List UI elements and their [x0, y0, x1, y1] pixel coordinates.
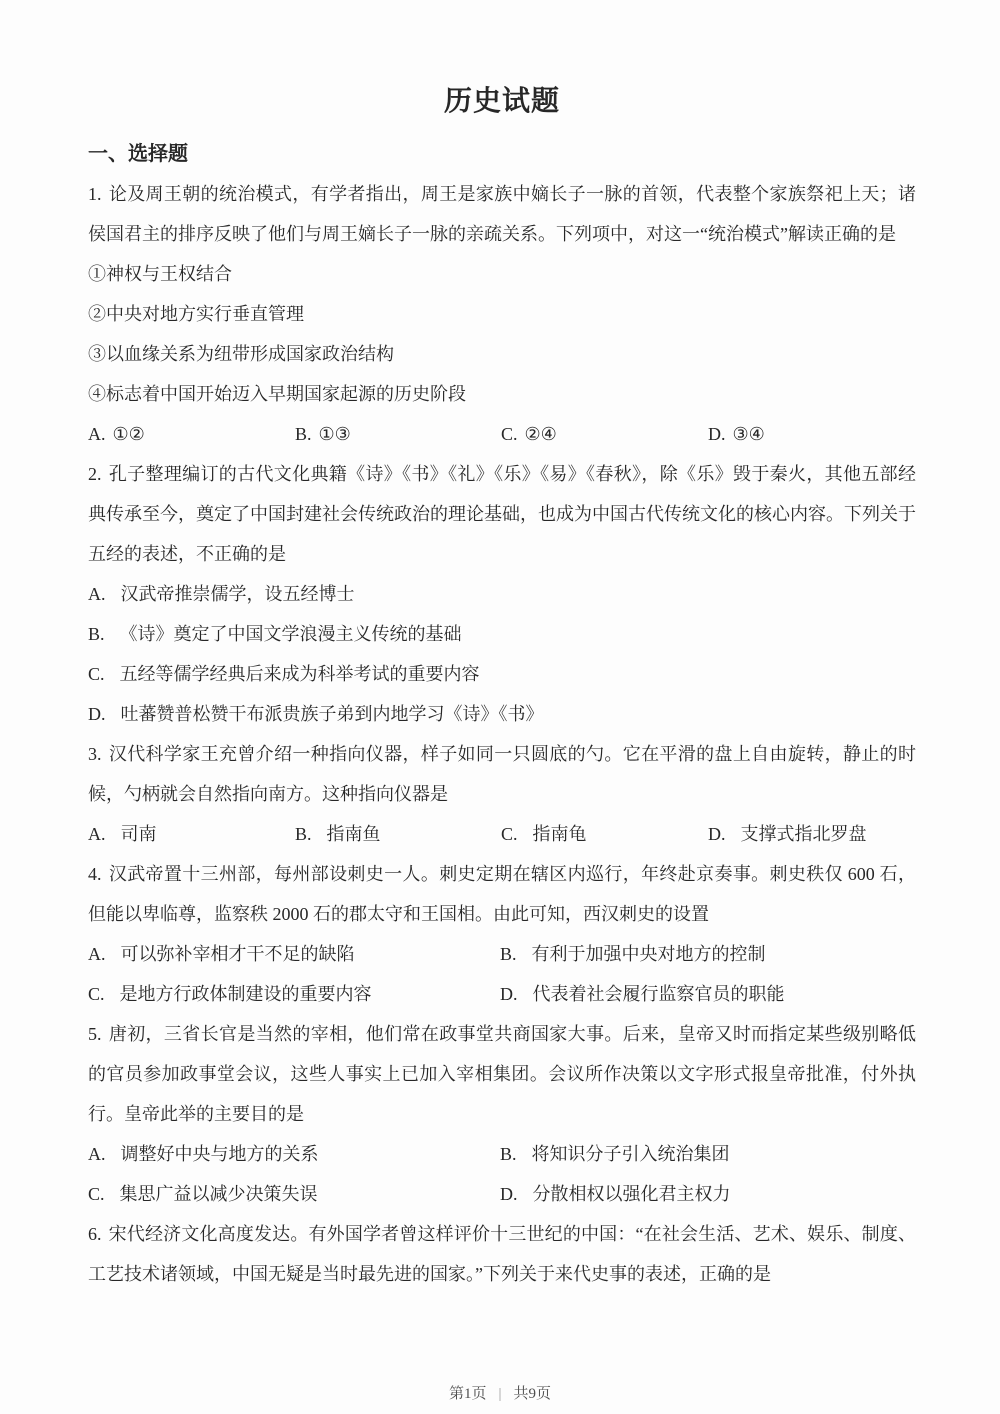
option-b: B.①③	[295, 414, 501, 454]
question-5: 5.唐初，三省长官是当然的宰相，他们常在政事堂共商国家大事。后来，皇帝又时而指定…	[88, 1014, 916, 1214]
question-4: 4.汉武帝置十三州部，每州部设刺史一人。刺史定期在辖区内巡行，年终赴京奏事。刺史…	[88, 854, 916, 1014]
option-b: B.指南鱼	[295, 814, 501, 854]
option-a: A.可以弥补宰相才干不足的缺陷	[88, 934, 500, 974]
option-label: B.	[295, 824, 312, 844]
question-number: 3.	[88, 744, 102, 764]
question-stem: 2.孔子整理编订的古代文化典籍《诗》《书》《礼》《乐》《易》《春秋》，除《乐》毁…	[88, 454, 916, 574]
option-label: A.	[88, 824, 106, 844]
question-stem: 5.唐初，三省长官是当然的宰相，他们常在政事堂共商国家大事。后来，皇帝又时而指定…	[88, 1014, 916, 1134]
section-heading: 一、选择题	[88, 134, 916, 174]
question-3: 3.汉代科学家王充曾介绍一种指向仪器，样子如同一只圆底的勺。它在平滑的盘上自由旋…	[88, 734, 916, 854]
option-text: ③④	[733, 424, 765, 444]
question-number: 2.	[88, 464, 102, 484]
option-text: 调整好中央与地方的关系	[121, 1144, 319, 1164]
option-text: ②④	[525, 424, 557, 444]
option-c: C.是地方行政体制建设的重要内容	[88, 974, 500, 1014]
option-text: ①②	[113, 424, 145, 444]
sub-item-4: ④标志着中国开始迈入早期国家起源的历史阶段	[88, 374, 916, 414]
question-stem: 4.汉武帝置十三州部，每州部设刺史一人。刺史定期在辖区内巡行，年终赴京奏事。刺史…	[88, 854, 916, 934]
question-number: 4.	[88, 864, 102, 884]
page-footer: 第1页|共9页	[0, 1383, 1000, 1405]
option-d: D.③④	[708, 414, 916, 454]
option-text: 将知识分子引入统治集团	[532, 1144, 730, 1164]
question-stem-text: 唐初，三省长官是当然的宰相，他们常在政事堂共商国家大事。后来，皇帝又时而指定某些…	[88, 1024, 916, 1124]
option-label: A.	[88, 1144, 106, 1164]
page-content: 历史试题 一、选择题 1.论及周王朝的统治模式，有学者指出，周王是家族中嫡长子一…	[88, 80, 916, 1294]
question-stem-text: 汉武帝置十三州部，每州部设刺史一人。刺史定期在辖区内巡行，年终赴京奏事。刺史秩仅…	[88, 864, 916, 924]
question-stem-text: 孔子整理编订的古代文化典籍《诗》《书》《礼》《乐》《易》《春秋》，除《乐》毁于秦…	[88, 464, 916, 564]
option-c: C.集思广益以减少决策失误	[88, 1174, 500, 1214]
option-c: C.②④	[501, 414, 708, 454]
question-6: 6.宋代经济文化高度发达。有外国学者曾这样评价十三世纪的中国：“在社会生活、艺术…	[88, 1214, 916, 1294]
options-row: A.司南 B.指南鱼 C.指南龟 D.支撑式指北罗盘	[88, 814, 916, 854]
option-d: D.代表着社会履行监察官员的职能	[500, 974, 916, 1014]
option-d: D.分散相权以强化君主权力	[500, 1174, 916, 1214]
option-label: D.	[708, 824, 726, 844]
question-2: 2.孔子整理编订的古代文化典籍《诗》《书》《礼》《乐》《易》《春秋》，除《乐》毁…	[88, 454, 916, 734]
option-label: C.	[88, 664, 105, 684]
option-label: C.	[501, 424, 518, 444]
option-text: 是地方行政体制建设的重要内容	[120, 984, 372, 1004]
sub-item-2: ②中央对地方实行垂直管理	[88, 294, 916, 334]
page-title: 历史试题	[88, 80, 916, 124]
question-stem-text: 宋代经济文化高度发达。有外国学者曾这样评价十三世纪的中国：“在社会生活、艺术、娱…	[88, 1224, 916, 1284]
page-number-total: 共9页	[514, 1386, 552, 1402]
question-stem: 3.汉代科学家王充曾介绍一种指向仪器，样子如同一只圆底的勺。它在平滑的盘上自由旋…	[88, 734, 916, 814]
option-b: B.《诗》奠定了中国文学浪漫主义传统的基础	[88, 614, 916, 654]
option-c: C.指南龟	[501, 814, 708, 854]
option-text: 指南鱼	[327, 824, 381, 844]
option-label: C.	[501, 824, 518, 844]
option-label: B.	[88, 624, 105, 644]
option-d: D.支撑式指北罗盘	[708, 814, 916, 854]
sub-item-3: ③以血缘关系为纽带形成国家政治结构	[88, 334, 916, 374]
option-text: 指南龟	[533, 824, 587, 844]
option-text: 有利于加强中央对地方的控制	[532, 944, 766, 964]
option-a: A.调整好中央与地方的关系	[88, 1134, 500, 1174]
option-text: ①③	[319, 424, 351, 444]
question-stem-text: 论及周王朝的统治模式，有学者指出，周王是家族中嫡长子一脉的首领，代表整个家族祭祀…	[88, 184, 916, 244]
sub-item-1: ①神权与王权结合	[88, 254, 916, 294]
option-text: 可以弥补宰相才干不足的缺陷	[121, 944, 355, 964]
option-c: C.五经等儒学经典后来成为科举考试的重要内容	[88, 654, 916, 694]
option-label: B.	[500, 1144, 517, 1164]
option-label: A.	[88, 944, 106, 964]
option-text: 支撑式指北罗盘	[741, 824, 867, 844]
option-text: 司南	[121, 824, 157, 844]
question-number: 1.	[88, 184, 102, 204]
options-grid: A.调整好中央与地方的关系 B.将知识分子引入统治集团 C.集思广益以减少决策失…	[88, 1134, 916, 1214]
question-stem: 6.宋代经济文化高度发达。有外国学者曾这样评价十三世纪的中国：“在社会生活、艺术…	[88, 1214, 916, 1294]
options-list: A.汉武帝推崇儒学，设五经博士 B.《诗》奠定了中国文学浪漫主义传统的基础 C.…	[88, 574, 916, 734]
question-1: 1.论及周王朝的统治模式，有学者指出，周王是家族中嫡长子一脉的首领，代表整个家族…	[88, 174, 916, 454]
option-text: 吐蕃赞普松赞干布派贵族子弟到内地学习《诗》《书》	[121, 704, 544, 724]
option-a: A.①②	[88, 414, 295, 454]
option-a: A.司南	[88, 814, 295, 854]
option-label: C.	[88, 984, 105, 1004]
question-stem: 1.论及周王朝的统治模式，有学者指出，周王是家族中嫡长子一脉的首领，代表整个家族…	[88, 174, 916, 254]
option-label: D.	[500, 984, 518, 1004]
option-label: C.	[88, 1184, 105, 1204]
option-label: D.	[500, 1184, 518, 1204]
option-text: 《诗》奠定了中国文学浪漫主义传统的基础	[120, 624, 462, 644]
question-number: 6.	[88, 1224, 102, 1244]
option-label: B.	[295, 424, 312, 444]
options-row: A.①② B.①③ C.②④ D.③④	[88, 414, 916, 454]
option-label: A.	[88, 424, 106, 444]
option-text: 分散相权以强化君主权力	[533, 1184, 731, 1204]
option-a: A.汉武帝推崇儒学，设五经博士	[88, 574, 916, 614]
question-stem-text: 汉代科学家王充曾介绍一种指向仪器，样子如同一只圆底的勺。它在平滑的盘上自由旋转，…	[88, 744, 916, 804]
option-text: 汉武帝推崇儒学，设五经博士	[121, 584, 355, 604]
option-text: 集思广益以减少决策失误	[120, 1184, 318, 1204]
options-grid: A.可以弥补宰相才干不足的缺陷 B.有利于加强中央对地方的控制 C.是地方行政体…	[88, 934, 916, 1014]
option-label: A.	[88, 584, 106, 604]
page-number-divider: |	[498, 1386, 501, 1402]
option-text: 五经等儒学经典后来成为科举考试的重要内容	[120, 664, 480, 684]
option-label: B.	[500, 944, 517, 964]
page-number-current: 第1页	[449, 1386, 487, 1402]
option-b: B.将知识分子引入统治集团	[500, 1134, 916, 1174]
option-label: D.	[708, 424, 726, 444]
option-label: D.	[88, 704, 106, 724]
option-b: B.有利于加强中央对地方的控制	[500, 934, 916, 974]
option-d: D.吐蕃赞普松赞干布派贵族子弟到内地学习《诗》《书》	[88, 694, 916, 734]
question-number: 5.	[88, 1024, 102, 1044]
option-text: 代表着社会履行监察官员的职能	[533, 984, 785, 1004]
exam-paper-page: 历史试题 一、选择题 1.论及周王朝的统治模式，有学者指出，周王是家族中嫡长子一…	[0, 0, 1000, 1414]
